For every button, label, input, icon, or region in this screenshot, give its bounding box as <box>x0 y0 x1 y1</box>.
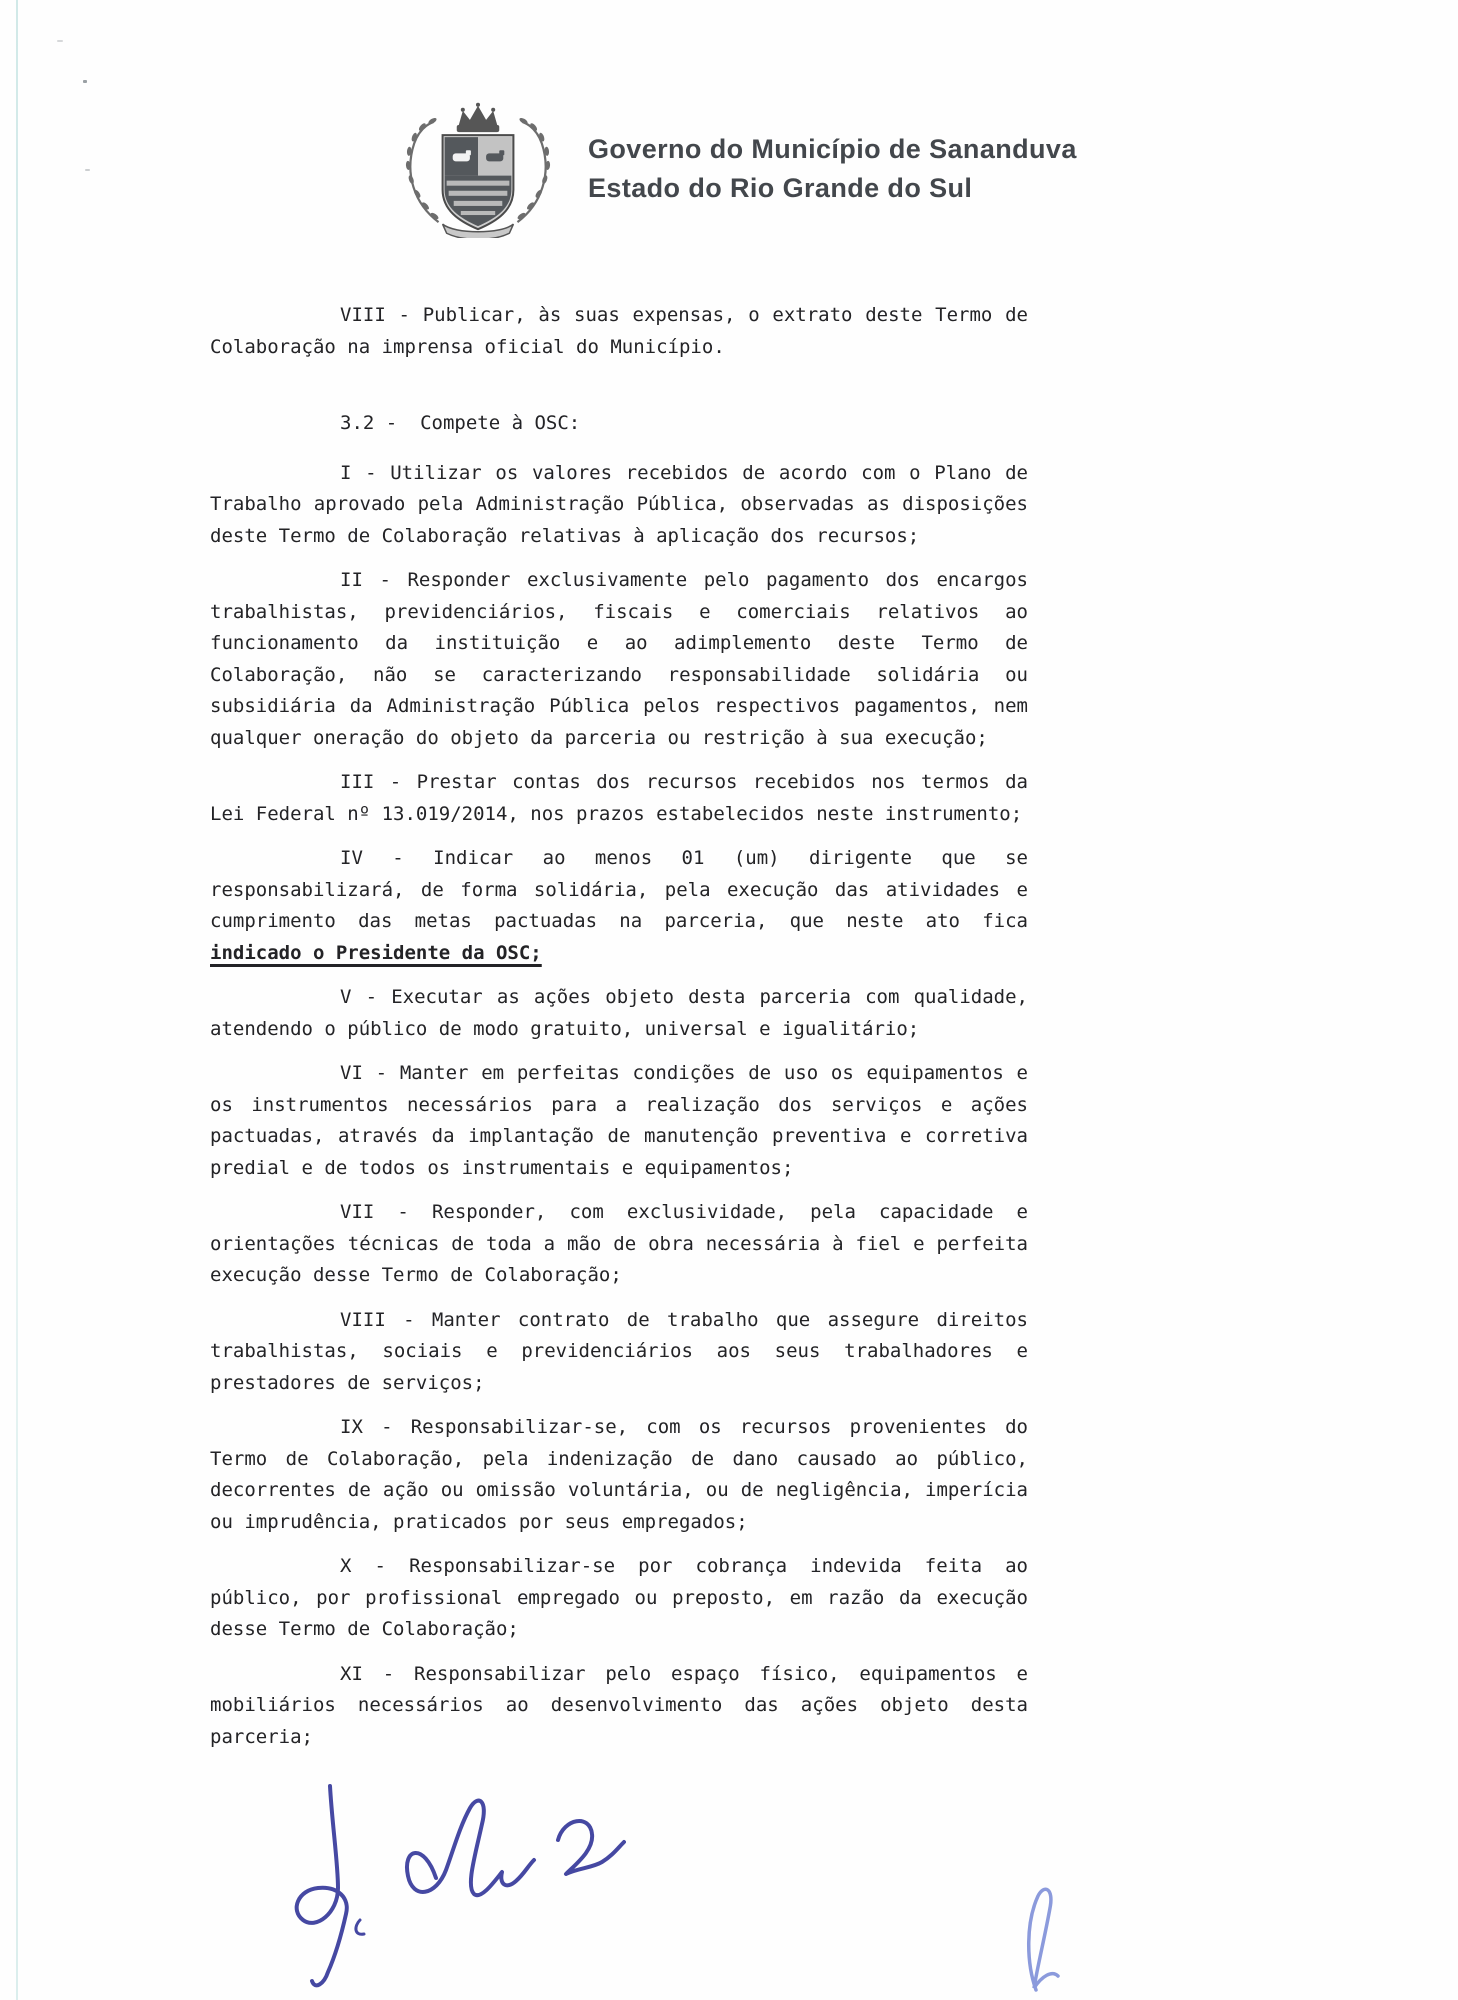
crown <box>457 103 499 132</box>
laurel-left-branch <box>406 117 440 222</box>
scan-speck <box>83 80 87 83</box>
scan-speck <box>57 40 63 42</box>
municipal-coat-of-arms-logo <box>392 100 564 238</box>
initial-ink <box>1002 1878 1074 2000</box>
clause-iv: IV - Indicar ao menos 01 (um) dirigente … <box>210 843 1028 969</box>
signature-ink <box>268 1778 648 1996</box>
state-subtitle: Estado do Rio Grande do Sul <box>588 173 1077 204</box>
shield <box>443 135 514 229</box>
clause-vi: VI - Manter em perfeitas condições de us… <box>210 1058 1028 1184</box>
clause-iii: III - Prestar contas dos recursos recebi… <box>210 767 1028 830</box>
clause-iv-emphasis: indicado o Presidente da OSC; <box>210 942 542 964</box>
government-title: Governo do Município de Sananduva <box>588 134 1077 165</box>
clause-x: X - Responsabilizar-se por cobrança inde… <box>210 1551 1028 1646</box>
clause-xi: XI - Responsabilizar pelo espaço físico,… <box>210 1659 1028 1754</box>
clause-viii-previous-section: VIII - Publicar, às suas expensas, o ext… <box>210 300 1028 363</box>
laurel-right-branch <box>516 117 550 222</box>
document-body: VIII - Publicar, às suas expensas, o ext… <box>210 300 1028 1766</box>
section-heading-3-2: 3.2 - Compete à OSC: <box>210 408 1028 440</box>
scan-edge-artifact <box>16 0 18 2000</box>
clause-viii: VIII - Manter contrato de trabalho que a… <box>210 1305 1028 1400</box>
clause-iv-text: IV - Indicar ao menos 01 (um) dirigente … <box>210 847 1028 932</box>
scan-speck <box>85 169 90 171</box>
clause-i: I - Utilizar os valores recebidos de aco… <box>210 458 1028 553</box>
clause-ix: IX - Responsabilizar-se, com os recursos… <box>210 1412 1028 1538</box>
letterhead: Governo do Município de Sananduva Estado… <box>392 100 1077 238</box>
clause-ii: II - Responder exclusivamente pelo pagam… <box>210 565 1028 754</box>
clause-v: V - Executar as ações objeto desta parce… <box>210 982 1028 1045</box>
scanned-document-page: Governo do Município de Sananduva Estado… <box>0 0 1458 2000</box>
clause-vii: VII - Responder, com exclusividade, pela… <box>210 1197 1028 1292</box>
letterhead-text: Governo do Município de Sananduva Estado… <box>588 134 1077 204</box>
